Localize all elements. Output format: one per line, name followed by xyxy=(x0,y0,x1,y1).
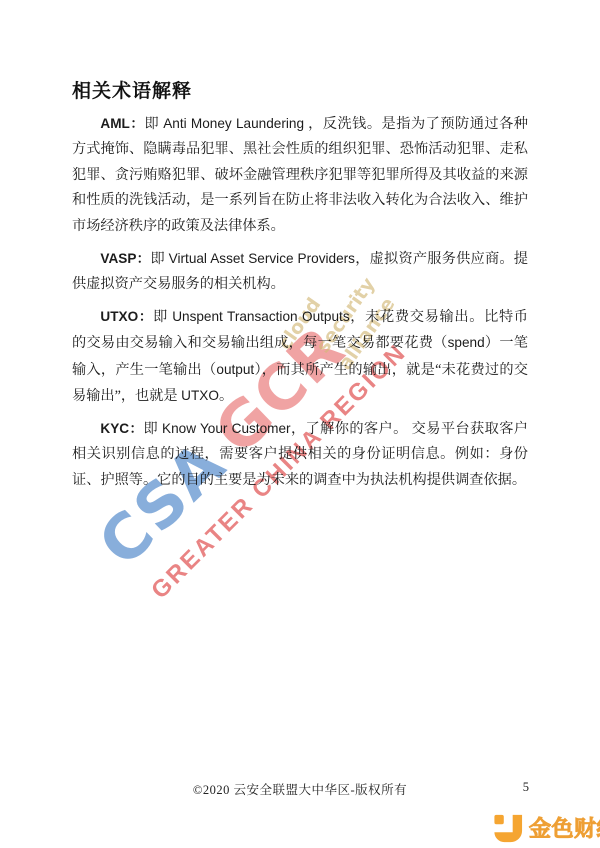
text-segment: ，反洗钱。是指为了预防通过各种方式掩饰、隐瞒毒品犯罪、黑社会性质的组织犯罪、恐怖… xyxy=(72,116,528,234)
paragraph: KYC：即 Know Your Customer，了解你的客户。 交易平台获取客… xyxy=(72,416,528,493)
footer-copyright: ©2020 云安全联盟大中华区-版权所有 xyxy=(193,783,407,797)
text-segment: Virtual Asset Service Providers xyxy=(169,251,355,266)
text-segment: UTXO： xyxy=(100,309,153,324)
text-segment: Unspent Transaction Outputs xyxy=(172,309,349,324)
jinse-logo-text: 金色财经 xyxy=(529,812,600,843)
text-segment: 。 xyxy=(219,388,233,404)
paragraph: UTXO：即 Unspent Transaction Outputs，未花费交易… xyxy=(72,304,528,410)
document-page: CSAGCR GREATER CHINA REGION cloud securi… xyxy=(0,0,600,848)
footer: ©2020 云安全联盟大中华区-版权所有 xyxy=(0,780,600,798)
paragraph: AML：即 Anti Money Laundering ，反洗钱。是指为了预防通… xyxy=(72,111,528,239)
text-segment: 即 xyxy=(153,309,172,325)
text-segment: spend xyxy=(448,335,485,350)
text-segment: Know Your Customer xyxy=(162,421,291,436)
text-segment: 即 xyxy=(144,421,163,437)
text-segment: KYC： xyxy=(100,421,143,436)
jinse-logo-icon xyxy=(493,813,523,843)
page-number: 5 xyxy=(523,780,529,795)
document-body: AML：即 Anti Money Laundering ，反洗钱。是指为了预防通… xyxy=(72,111,528,500)
text-segment: Anti Money Laundering xyxy=(163,116,304,131)
text-segment: UTXO xyxy=(181,388,219,403)
text-segment: output xyxy=(216,362,254,377)
page-title: 相关术语解释 xyxy=(72,76,192,103)
text-segment: 即 xyxy=(144,116,163,132)
text-segment: AML： xyxy=(100,116,144,131)
paragraph: VASP：即 Virtual Asset Service Providers，虚… xyxy=(72,246,528,298)
text-segment: 即 xyxy=(150,251,168,267)
text-segment: VASP： xyxy=(100,251,150,266)
jinse-finance-logo: 金色财经 xyxy=(493,812,600,843)
